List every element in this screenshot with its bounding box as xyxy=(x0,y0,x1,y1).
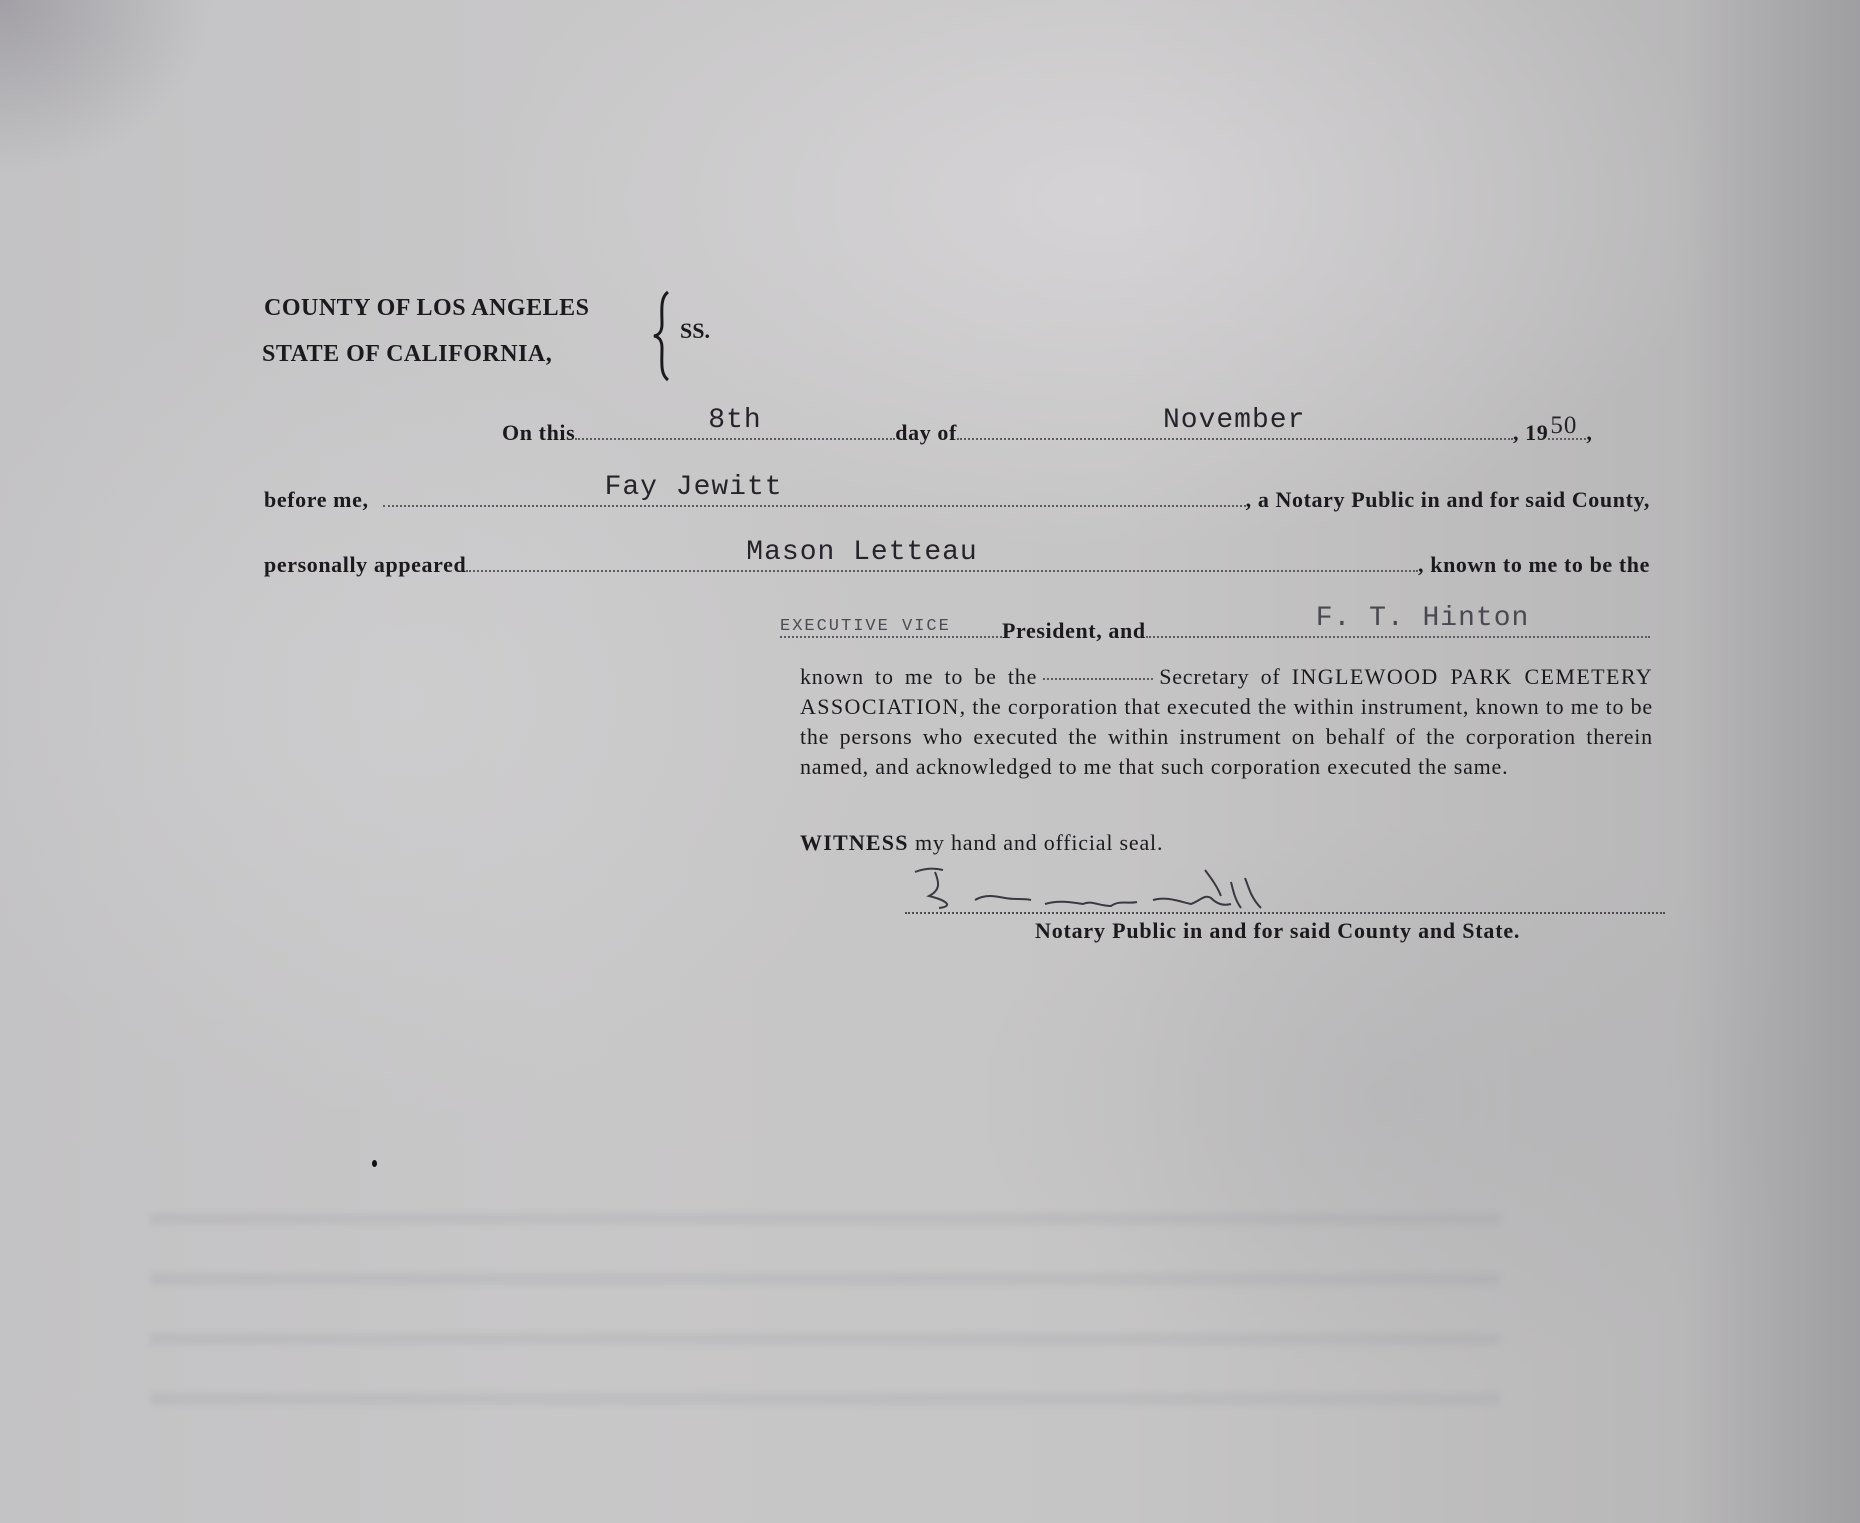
office-line: EXECUTIVE VICE President, and F. T. Hint… xyxy=(780,618,1650,644)
day-of-label: day of xyxy=(895,420,957,446)
before-me-label: before me, xyxy=(264,487,369,513)
body-line-start: known to me to be the xyxy=(800,664,1037,689)
notary-acknowledgment-document: COUNTY OF LOS ANGELES STATE OF CALIFORNI… xyxy=(0,0,1860,1523)
notary-name-field: Fay Jewitt xyxy=(383,505,1246,507)
witness-line: WITNESS my hand and official seal. xyxy=(800,830,1163,856)
appeared-line: personally appeared Mason Letteau , know… xyxy=(264,552,1650,578)
month-value: November xyxy=(1163,405,1305,436)
appeared-label: personally appeared xyxy=(264,552,466,578)
year-prefix: , 19 xyxy=(1513,420,1548,446)
acknowledgment-paragraph: known to me to be theSecretary of INGLEW… xyxy=(800,662,1653,782)
second-officer-field: F. T. Hinton xyxy=(1146,636,1650,638)
year-value: 50 xyxy=(1550,412,1577,440)
state-heading: STATE OF CALIFORNIA, xyxy=(262,341,552,368)
president-label: President, and xyxy=(1002,618,1146,644)
year-field: 50 xyxy=(1548,438,1586,440)
day-value: 8th xyxy=(708,405,761,436)
appeared-suffix: , known to me to be the xyxy=(1418,552,1650,578)
appeared-name: Mason Letteau xyxy=(746,537,977,568)
month-field: November xyxy=(957,438,1513,440)
officer-title-field: EXECUTIVE VICE xyxy=(780,636,1002,638)
second-officer-name: F. T. Hinton xyxy=(1316,603,1530,634)
date-line: On this 8th day of November , 19 50 , xyxy=(502,420,1648,446)
secretary-text: Secretary of xyxy=(1159,664,1280,689)
date-prefix: On this xyxy=(502,420,575,446)
notary-line: before me, Fay Jewitt , a Notary Public … xyxy=(264,487,1650,513)
secretary-title-field xyxy=(1043,678,1153,680)
signature-caption: Notary Public in and for said County and… xyxy=(1035,918,1520,944)
witness-lead: WITNESS xyxy=(800,830,909,855)
signature-line xyxy=(905,912,1665,914)
appeared-name-field: Mason Letteau xyxy=(466,570,1418,572)
county-heading: COUNTY OF LOS ANGELES xyxy=(264,295,589,322)
ss-mark: SS. xyxy=(680,318,710,344)
witness-rest: my hand and official seal. xyxy=(915,830,1163,855)
brace-icon xyxy=(648,290,678,382)
notary-name: Fay Jewitt xyxy=(605,472,783,503)
notary-suffix: , a Notary Public in and for said County… xyxy=(1246,487,1650,513)
day-field: 8th xyxy=(575,438,895,440)
officer-title-value: EXECUTIVE VICE xyxy=(780,617,951,636)
date-suffix: , xyxy=(1586,420,1592,446)
